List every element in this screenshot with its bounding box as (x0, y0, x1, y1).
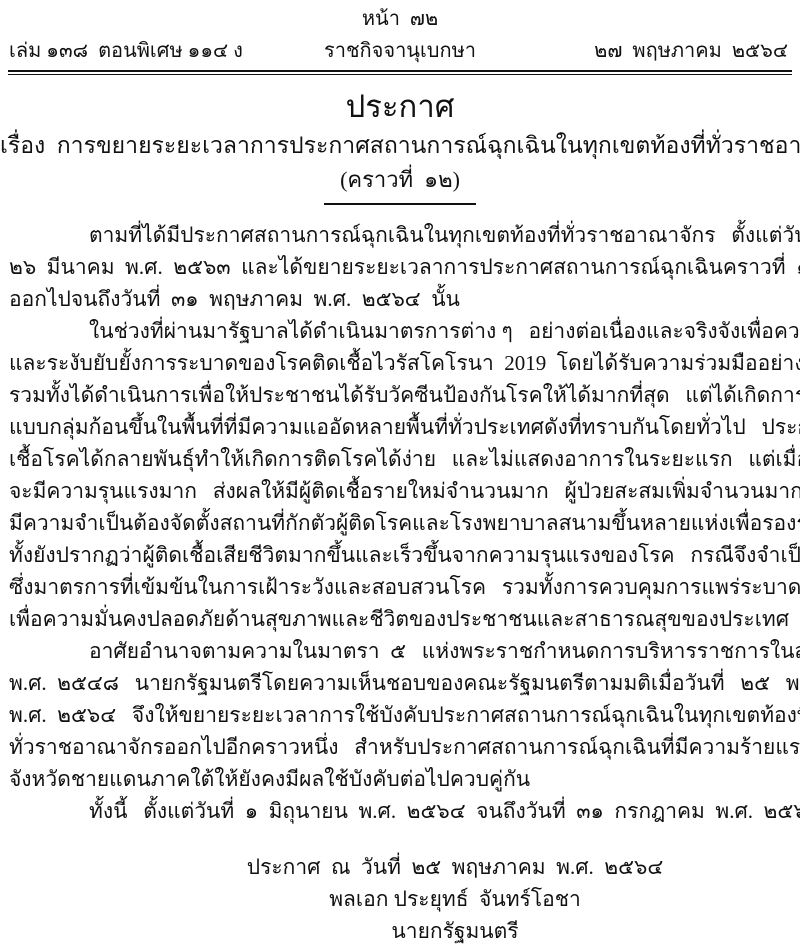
title-block: ประกาศ เรื่อง การขยายระยะเวลาการประกาศสถ… (0, 85, 800, 205)
signer-title: นายกรัฐมนตรี (110, 915, 800, 945)
body-line: จะมีความรุนแรงมาก ส่งผลให้มีผู้ติดเชื้อร… (9, 475, 790, 507)
body-paragraph: ตามที่ได้มีประกาศสถานการณ์ฉุกเฉินในทุกเข… (9, 219, 790, 315)
body-line: ซึ่งมาตรการที่เข้มข้นในการเฝ้าระวังและสอ… (9, 571, 790, 603)
signer-name: พลเอก ประยุทธ์ จันทร์โอชา (110, 883, 800, 915)
publication-date: ๒๗ พฤษภาคม ๒๕๖๔ (594, 36, 788, 66)
body-line: เชื้อโรคได้กลายพันธุ์ทำให้เกิดการติดโรคไ… (9, 443, 790, 475)
body-line: อาศัยอำนาจตามความในมาตรา ๕ แห่งพระราชกำห… (9, 635, 790, 667)
body-line: ๒๖ มีนาคม พ.ศ. ๒๕๖๓ และได้ขยายระยะเวลากา… (9, 251, 790, 283)
body-paragraph: ในช่วงที่ผ่านมารัฐบาลได้ดำเนินมาตรการต่า… (9, 315, 790, 635)
body-line: ทั้งยังปรากฏว่าผู้ติดเชื้อเสียชีวิตมากขึ… (9, 539, 790, 571)
body-line: รวมทั้งได้ดำเนินการเพื่อให้ประชาชนได้รับ… (9, 379, 790, 411)
body-line: ตามที่ได้มีประกาศสถานการณ์ฉุกเฉินในทุกเข… (9, 219, 790, 251)
page-number: หน้า ๗๒ (0, 6, 800, 32)
signature-block: ประกาศ ณ วันที่ ๒๕ พฤษภาคม พ.ศ. ๒๕๖๔ พลเ… (110, 851, 800, 945)
signature-place-date: ประกาศ ณ วันที่ ๒๕ พฤษภาคม พ.ศ. ๒๕๖๔ (110, 851, 800, 883)
header-row: เล่ม ๑๓๘ ตอนพิเศษ ๑๑๔ ง ราชกิจจานุเบกษา … (0, 36, 800, 66)
title-rule (324, 203, 476, 205)
body-line: และระงับยับยั้งการระบาดของโรคติดเชื้อไวร… (9, 347, 790, 379)
body-line: ในช่วงที่ผ่านมารัฐบาลได้ดำเนินมาตรการต่า… (9, 315, 790, 347)
body-line: ทั่วราชอาณาจักรออกไปอีกคราวหนึ่ง สำหรับป… (9, 731, 790, 763)
body-paragraph: อาศัยอำนาจตามความในมาตรา ๕ แห่งพระราชกำห… (9, 635, 790, 795)
body-line: เพื่อความมั่นคงปลอดภัยด้านสุขภาพและชีวิต… (9, 603, 790, 635)
body-line: พ.ศ. ๒๕๔๘ นายกรัฐมนตรีโดยความเห็นชอบของค… (9, 667, 790, 699)
gazette-page: หน้า ๗๒ เล่ม ๑๓๘ ตอนพิเศษ ๑๑๔ ง ราชกิจจา… (0, 0, 800, 945)
body-line: ทั้งนี้ ตั้งแต่วันที่ ๑ มิถุนายน พ.ศ. ๒๕… (9, 795, 790, 827)
body-line: จังหวัดชายแดนภาคใต้ให้ยังคงมีผลใช้บังคับ… (9, 763, 790, 795)
body-line: พ.ศ. ๒๕๖๔ จึงให้ขยายระยะเวลาการใช้บังคับ… (9, 699, 790, 731)
body-paragraph: ทั้งนี้ ตั้งแต่วันที่ ๑ มิถุนายน พ.ศ. ๒๕… (9, 795, 790, 827)
gazette-header: หน้า ๗๒ เล่ม ๑๓๘ ตอนพิเศษ ๑๑๔ ง ราชกิจจา… (0, 0, 800, 75)
header-rule (8, 70, 792, 75)
body-line: มีความจำเป็นต้องจัดตั้งสถานที่กักตัวผู้ต… (9, 507, 790, 539)
document-subject: เรื่อง การขยายระยะเวลาการประกาศสถานการณ์… (0, 129, 800, 163)
body-line: ออกไปจนถึงวันที่ ๓๑ พฤษภาคม พ.ศ. ๒๕๖๔ นั… (9, 283, 790, 315)
body-line: แบบกลุ่มก้อนขึ้นในพื้นที่ที่มีความแออัดห… (9, 411, 790, 443)
document-instance: (คราวที่ ๑๒) (0, 163, 800, 197)
document-body: ตามที่ได้มีประกาศสถานการณ์ฉุกเฉินในทุกเข… (9, 219, 790, 827)
document-heading: ประกาศ (0, 85, 800, 129)
